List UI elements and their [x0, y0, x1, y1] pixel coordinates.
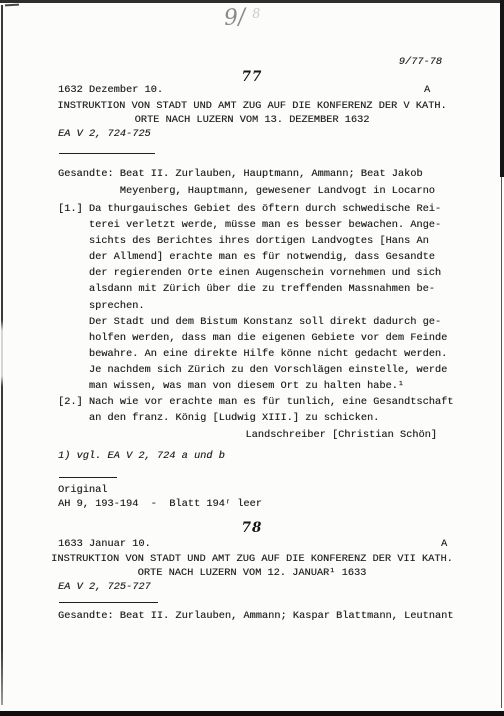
scan-corner-mark [5, 4, 19, 7]
footnote-77: 1) vgl. EA V 2, 724 a und b [58, 450, 225, 462]
scanned-document-page: 9/8 9/77-78 77 1632 Dezember 10. A INSTR… [0, 0, 504, 716]
signature-line-77: Landschreiber [Christian Schön] [245, 429, 437, 441]
entry-title-77: INSTRUKTION VON STADT UND AMT ZUG AUF DI… [0, 100, 504, 127]
entry-date-77: 1632 Dezember 10. [58, 84, 163, 96]
footer-divider-77 [59, 477, 117, 478]
handwritten-number: 9/ [223, 5, 246, 31]
handwritten-note: 9/8 [223, 4, 254, 31]
source-reference-78: EA V 2, 725-727 [58, 581, 151, 593]
marginal-letter-78: A [441, 538, 447, 550]
scan-edge-bottom [0, 711, 504, 716]
page-stamp: 9/77-78 [399, 56, 442, 68]
entry-number-78: 78 [0, 520, 504, 536]
scan-edge-right-lower [501, 177, 503, 708]
entry-number-77: 77 [0, 69, 504, 85]
entry-date-78: 1633 Januar 10. [58, 538, 151, 550]
scan-edge-top [0, 0, 504, 3]
original-block-77: OriginalAH 9, 193-194 - Blatt 194ʳ leer [58, 484, 262, 511]
entry-title-78: INSTRUKTION VON STADT UND AMT ZUG AUF DI… [0, 553, 504, 580]
archive-reference: AH 9, 193-194 - Blatt 194ʳ leer [58, 498, 262, 510]
marginal-letter-77: A [424, 84, 430, 96]
handwritten-faint-mark: 8 [252, 6, 261, 22]
original-label: Original [58, 484, 107, 496]
body-paragraphs-77: [1.] Da thurgauisches Gebiet des öftern … [58, 201, 453, 426]
section-divider-77 [59, 153, 155, 154]
section-divider-78 [59, 602, 158, 603]
envoys-paragraph-78: Gesandte: Beat II. Zurlauben, Ammann; Ka… [58, 608, 453, 625]
scan-edge-right-upper [500, 0, 504, 177]
envoys-paragraph-77: Gesandte: Beat II. Zurlauben, Hauptmann,… [58, 166, 435, 200]
source-reference-77: EA V 2, 724-725 [58, 128, 151, 140]
